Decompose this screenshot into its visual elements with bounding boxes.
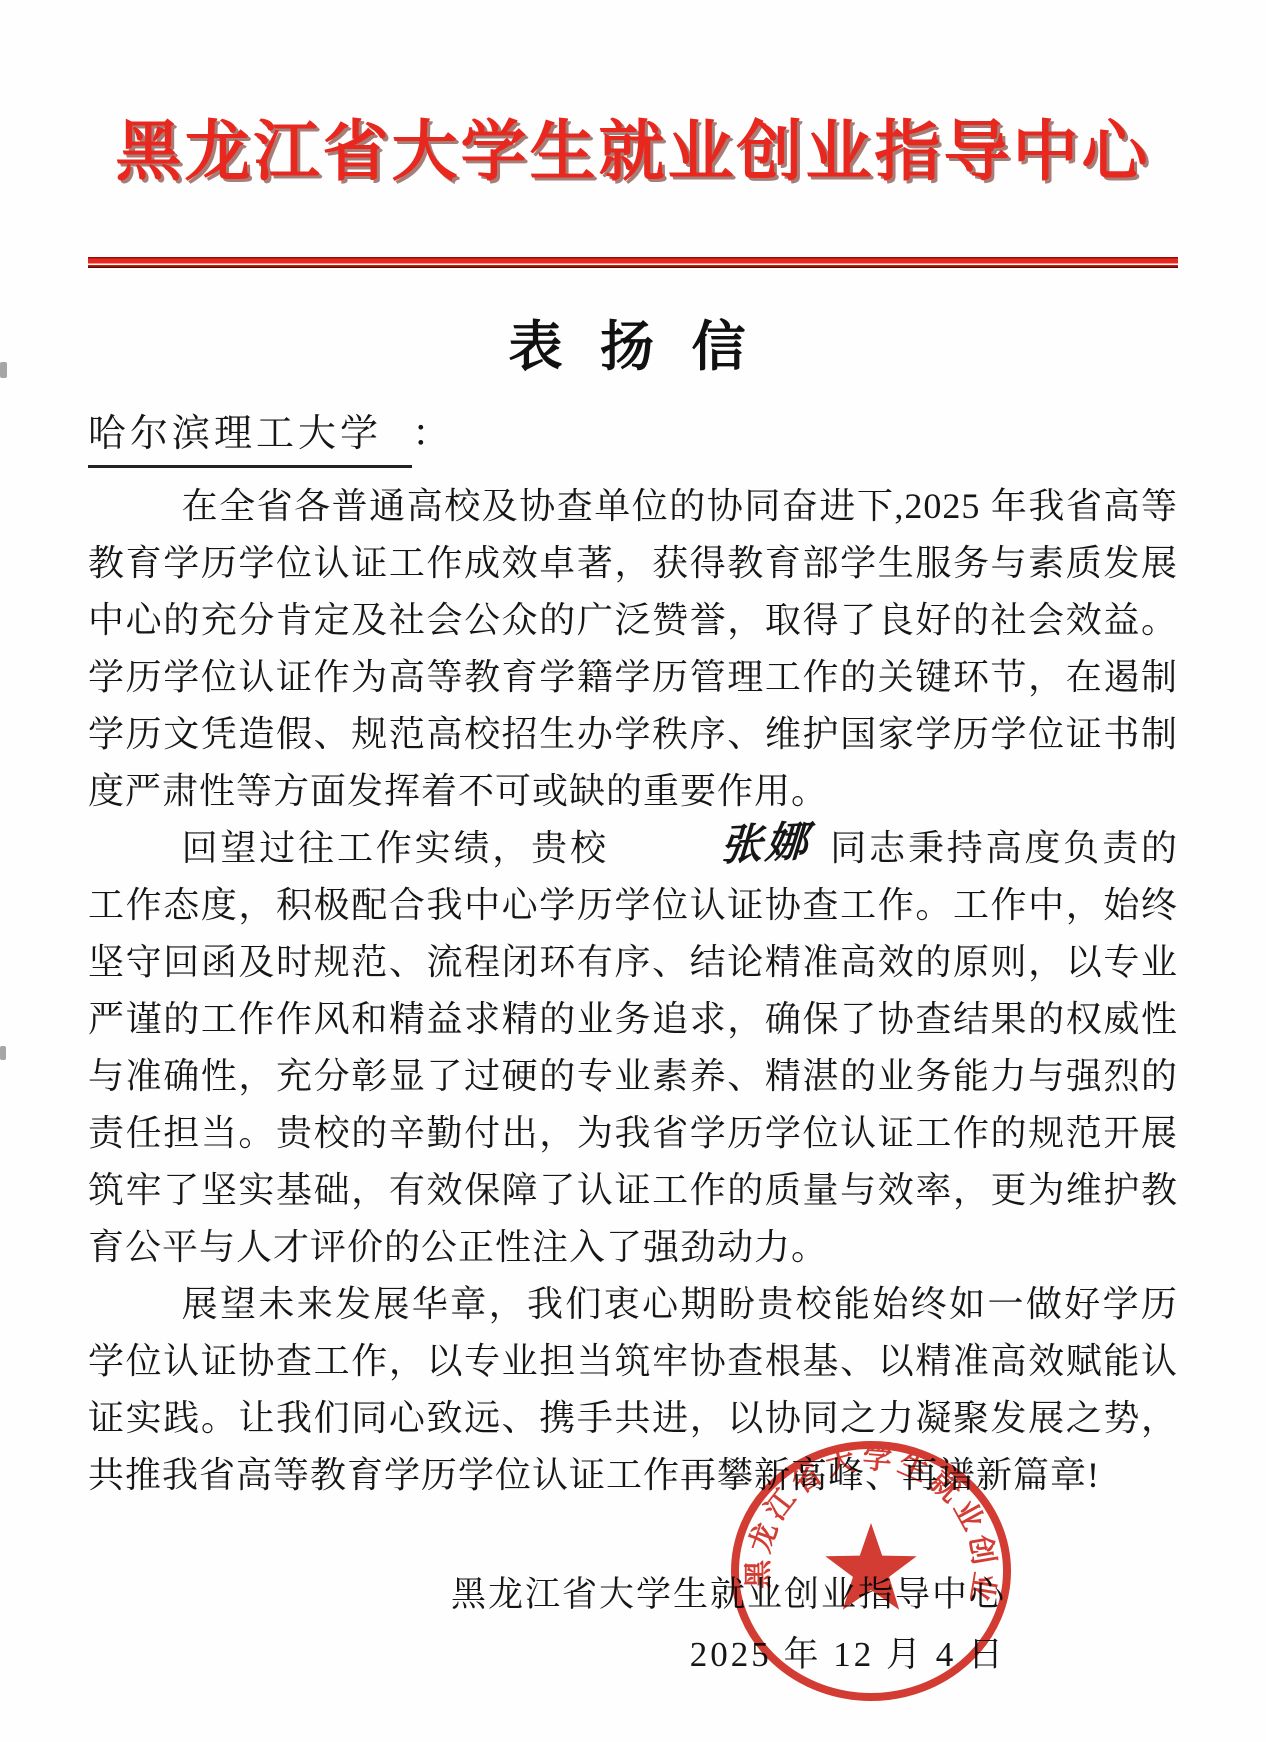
scan-artifact — [0, 1046, 6, 1060]
paragraph-2-after-name: 同志秉持高度负责的工作态度，积极配合我中心学历学位认证协查工作。工作中，始终坚守… — [88, 828, 1178, 1267]
salutation-colon: ： — [412, 413, 450, 455]
paragraph-1: 在全省各普通高校及协查单位的协同奋进下,2025 年我省高等教育学历学位认证工作… — [88, 478, 1178, 820]
official-seal-stamp: 黑龙江省大学生就业创业指导中心 — [724, 1436, 1018, 1708]
paragraph-2-before-name: 回望过往工作实绩，贵校 — [182, 828, 609, 868]
letter-page: 黑龙江省大学生就业创业指导中心 表 扬 信 哈尔滨理工大学： 在全省各普通高校及… — [0, 0, 1266, 1742]
letterhead-divider-rule — [88, 257, 1178, 268]
recipient-name: 哈尔滨理工大学 — [88, 405, 412, 468]
letter-title: 表 扬 信 — [88, 304, 1178, 381]
salutation: 哈尔滨理工大学： — [88, 405, 1178, 468]
paragraph-2: 回望过往工作实绩，贵校张娜同志秉持高度负责的工作态度，积极配合我中心学历学位认证… — [88, 820, 1178, 1276]
letterhead-title: 黑龙江省大学生就业创业指导中心 — [82, 0, 1184, 193]
handwritten-name: 张娜 — [626, 821, 812, 873]
seal-star-icon — [825, 1523, 916, 1610]
scan-artifact — [0, 362, 7, 378]
